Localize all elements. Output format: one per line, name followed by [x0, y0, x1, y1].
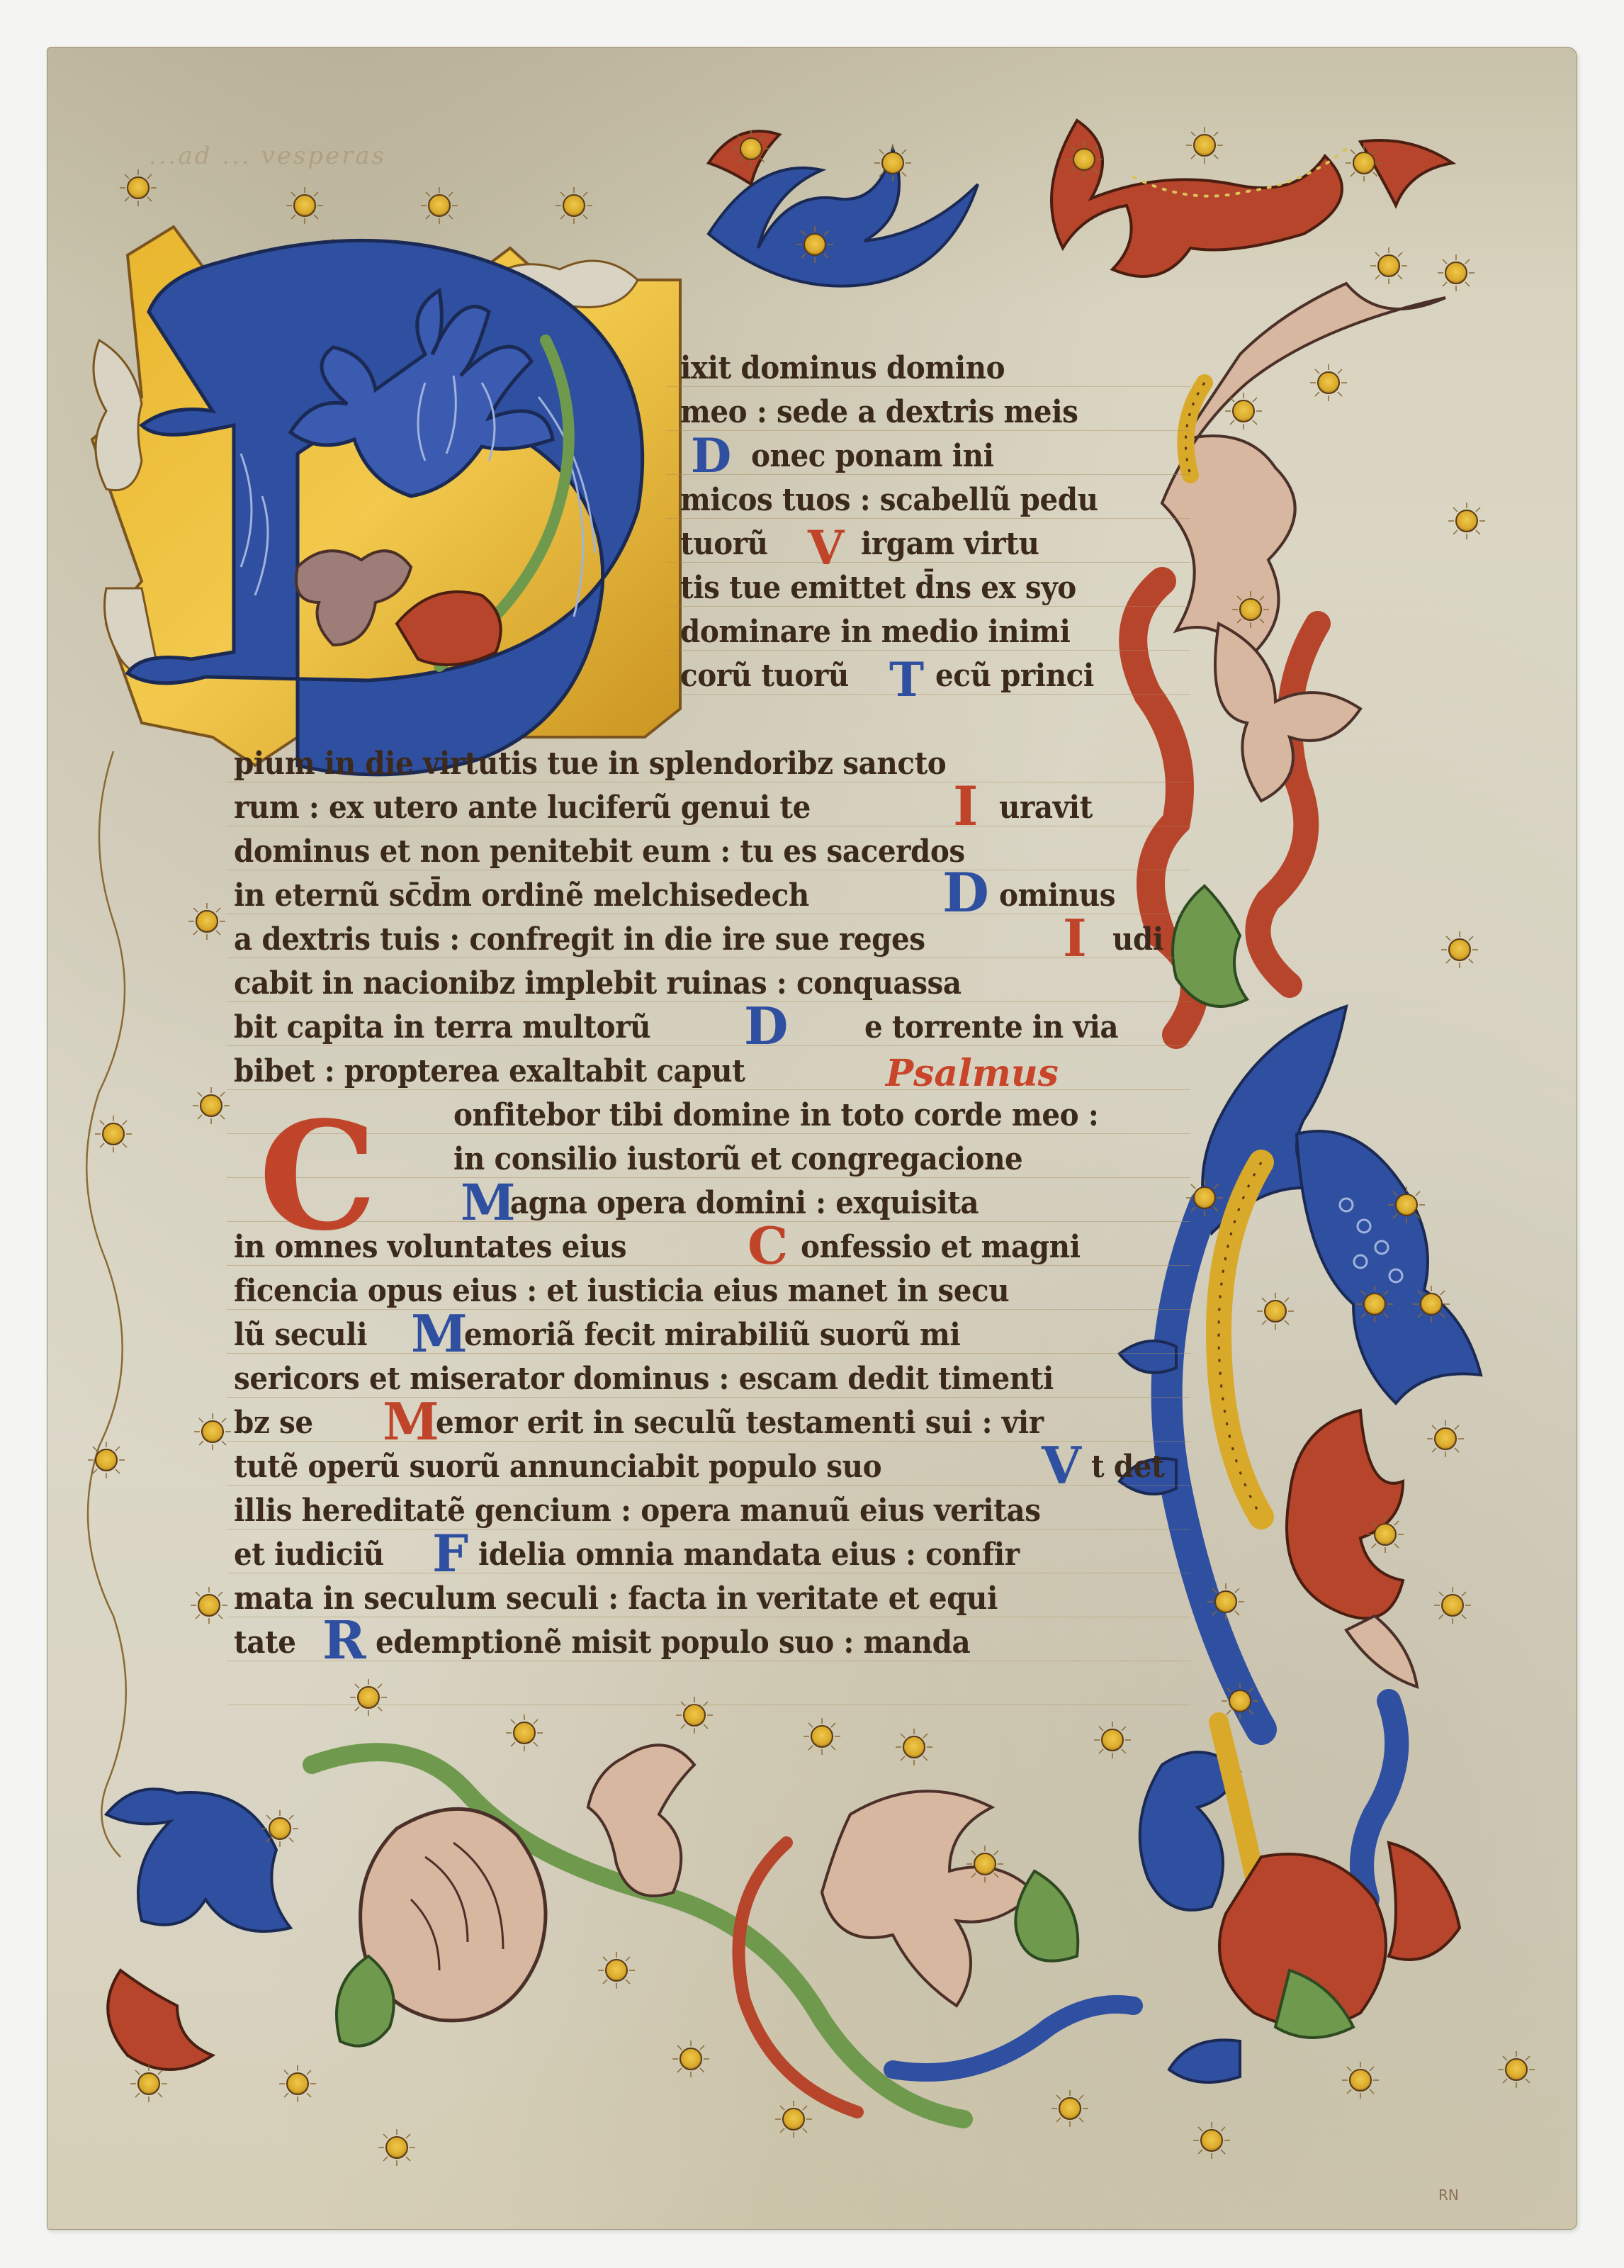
text-line-24: bz se: [234, 1402, 313, 1444]
text-line-3: onec ponam ini: [751, 435, 994, 478]
text-line-25-after: t det: [1091, 1446, 1164, 1488]
red-initial-c: C: [748, 1220, 788, 1271]
blue-initial-t: T: [889, 656, 924, 703]
left-penwork-vine: [86, 751, 126, 1857]
text-line-14: cabit in nacionibz implebit ruinas : con…: [234, 962, 962, 1005]
text-line-1: ixit dominus domino: [680, 347, 1005, 390]
text-line-18: in consilio iustorũ et congregacione: [453, 1138, 1022, 1181]
text-line-7: dominare in medio inimi: [680, 611, 1070, 653]
text-line-20-after: onfessio et magni: [801, 1226, 1081, 1269]
blue-initial-m: M: [461, 1178, 516, 1228]
text-line-12: in eternũ sc̄d̄m ordinẽ melchisedech: [234, 875, 809, 917]
text-line-27-after: idelia omnia mandata eius : confir: [478, 1534, 1020, 1576]
text-line-5: tuorũ: [680, 523, 768, 566]
text-line-17: onfitebor tibi domine in toto corde meo …: [453, 1094, 1098, 1137]
blue-initial-f: F: [432, 1528, 468, 1579]
text-line-13-after: udi: [1112, 919, 1163, 961]
text-line-26: illis hereditatẽ gencium : opera manuũ…: [234, 1490, 1041, 1532]
red-initial-i: I: [1063, 913, 1087, 964]
rubric-psalmus: Psalmus: [886, 1052, 1059, 1095]
text-line-27: et iudiciũ: [234, 1534, 384, 1576]
text-line-12-after: ominus: [999, 875, 1115, 917]
red-initial-v: V: [808, 524, 844, 571]
text-line-13: a dextris tuis : confregit in die ire su…: [234, 919, 925, 961]
blue-initial-v: V: [1042, 1440, 1081, 1491]
pencil-shelfmark: RN: [1438, 2186, 1459, 2204]
text-line-19: agna opera domini : exquisita: [510, 1182, 979, 1225]
text-line-8: corũ tuorũ: [680, 655, 849, 697]
text-line-25: tutẽ operũ suorũ annunciabit populo s…: [234, 1446, 881, 1488]
text-line-9: pium in die virtutis tue in splendoribz …: [234, 743, 946, 785]
text-line-29: tate: [234, 1622, 296, 1664]
text-line-24-after: emor erit in seculũ testamenti sui : vi…: [436, 1402, 1044, 1444]
blue-initial-d: D: [691, 432, 731, 479]
text-line-4: micos tuos : scabellũ pedu: [680, 479, 1098, 522]
text-line-22-after: emoriã fecit mirabiliũ suorũ mi: [464, 1314, 960, 1357]
text-line-6: tis tue emittet d̄ns ex syo: [680, 567, 1076, 610]
blue-initial-d: D: [744, 1001, 788, 1052]
right-border-foliage: [1120, 283, 1481, 1899]
bottom-border-foliage: [106, 1722, 1460, 2119]
faded-marginal-note: ...ad ... vesperas: [149, 142, 446, 170]
text-line-16: bibet : propterea exaltabit caput: [234, 1050, 745, 1093]
blue-initial-m: M: [411, 1308, 468, 1359]
red-initial-i: I: [953, 780, 979, 833]
text-line-15: bit capita in terra multorũ: [234, 1006, 650, 1049]
text-line-5-after: irgam virtu: [861, 523, 1039, 566]
text-line-10-after: uravit: [999, 787, 1093, 829]
text-line-2: meo : sede a dextris meis: [680, 391, 1078, 434]
red-initial-m: M: [383, 1396, 439, 1447]
text-line-20: in omnes voluntates eius: [234, 1226, 626, 1269]
text-line-11: dominus et non penitebit eum : tu es sac…: [234, 831, 965, 873]
text-line-21: ficencia opus eius : et iusticia eius ma…: [234, 1270, 1009, 1313]
text-line-10: rum : ex utero ante luciferũ genui te: [234, 787, 811, 829]
text-line-29-after: edemptionẽ misit populo suo : manda: [376, 1622, 970, 1664]
top-acanthus-foliage: [709, 120, 1453, 286]
text-line-15-after: e torrente in via: [864, 1006, 1118, 1049]
text-line-22: lũ seculi: [234, 1314, 367, 1357]
blue-initial-r: R: [322, 1615, 366, 1667]
text-line-8-after: ecũ princi: [935, 655, 1094, 697]
blue-initial-d: D: [942, 866, 989, 920]
text-line-23: sericors et miserator dominus : escam de…: [234, 1358, 1054, 1400]
